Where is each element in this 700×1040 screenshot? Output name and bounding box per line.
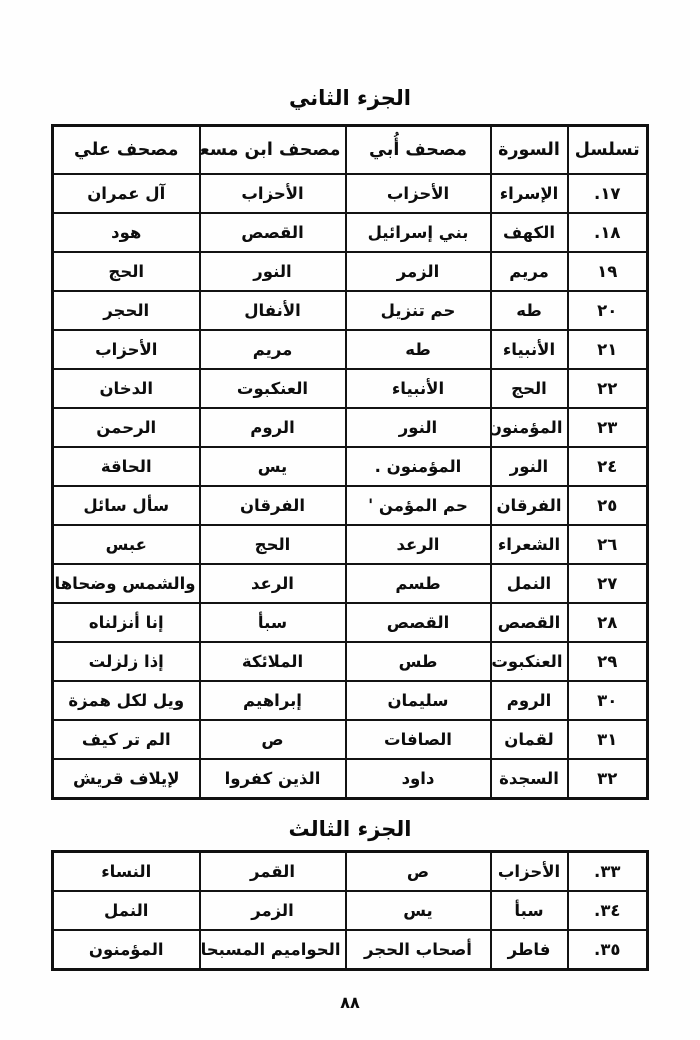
cell-ali: الحجر xyxy=(53,291,200,330)
cell-ubayy: داود xyxy=(346,759,491,799)
cell-serial: ١٩ xyxy=(568,252,648,291)
cell-ali: النساء xyxy=(53,852,200,892)
cell-surah: الأنبياء xyxy=(491,330,568,369)
scanned-document-page: الجزء الثاني تسلسل السورة مصحف أُبي مصحف… xyxy=(0,0,700,1040)
cell-surah: العنكبوت xyxy=(491,642,568,681)
table-row: ٣٠الرومسليمانإبراهيمويل لكل همزة xyxy=(53,681,648,720)
cell-masud: القمر xyxy=(200,852,346,892)
cell-surah: القصص xyxy=(491,603,568,642)
cell-serial: ٢٩ xyxy=(568,642,648,681)
header-mushaf-ali: مصحف علي xyxy=(53,126,200,175)
cell-masud: النور xyxy=(200,252,346,291)
cell-ubayy: الأنبياء xyxy=(346,369,491,408)
cell-masud: يس xyxy=(200,447,346,486)
cell-ali: الدخان xyxy=(53,369,200,408)
table-row: ٣٢السجدةداودالذين كفروالإيلاف قريش xyxy=(53,759,648,799)
cell-ali: ويل لكل همزة xyxy=(53,681,200,720)
cell-serial: ٢٦ xyxy=(568,525,648,564)
cell-surah: السجدة xyxy=(491,759,568,799)
part-two-title: الجزء الثاني xyxy=(0,0,700,110)
cell-ali: النمل xyxy=(53,891,200,930)
part-two-table-body: ١٧.الإسراءالأحزابالأحزابآل عمران١٨.الكهف… xyxy=(53,174,648,799)
cell-serial: ٣١ xyxy=(568,720,648,759)
cell-surah: لقمان xyxy=(491,720,568,759)
cell-serial: ١٧. xyxy=(568,174,648,213)
cell-surah: مريم xyxy=(491,252,568,291)
cell-serial: ٢٨ xyxy=(568,603,648,642)
table-row: ٢٦الشعراءالرعدالحجعبس xyxy=(53,525,648,564)
cell-ali: سأل سائل xyxy=(53,486,200,525)
cell-serial: ٣٥. xyxy=(568,930,648,970)
part-three-title: الجزء الثالث xyxy=(0,800,700,841)
table-row: ١٩مريمالزمرالنورالحج xyxy=(53,252,648,291)
cell-ubayy: يس xyxy=(346,891,491,930)
cell-masud: الحواميم المسبحات xyxy=(200,930,346,970)
cell-ali: الحاقة xyxy=(53,447,200,486)
cell-surah: الإسراء xyxy=(491,174,568,213)
cell-serial: ٢٤ xyxy=(568,447,648,486)
cell-masud: سبأ xyxy=(200,603,346,642)
page-number: ٨٨ xyxy=(0,993,700,1012)
cell-masud: الأحزاب xyxy=(200,174,346,213)
cell-serial: ٣٣. xyxy=(568,852,648,892)
cell-serial: ٣٤. xyxy=(568,891,648,930)
cell-ali: إنا أنزلناه xyxy=(53,603,200,642)
cell-ali: والشمس وضحاها xyxy=(53,564,200,603)
cell-masud: الحج xyxy=(200,525,346,564)
part-two-table: تسلسل السورة مصحف أُبي مصحف ابن مسعود مص… xyxy=(51,124,649,800)
cell-surah: المؤمنون xyxy=(491,408,568,447)
cell-surah: الشعراء xyxy=(491,525,568,564)
cell-ali: الحج xyxy=(53,252,200,291)
cell-ubayy: حم المؤمن ' xyxy=(346,486,491,525)
table-row: ٢١الأنبياءطهمريمالأحزاب xyxy=(53,330,648,369)
cell-masud: الذين كفروا xyxy=(200,759,346,799)
cell-serial: ١٨. xyxy=(568,213,648,252)
cell-masud: إبراهيم xyxy=(200,681,346,720)
table-row: ٣١لقمانالصافاتصالم تر كيف xyxy=(53,720,648,759)
cell-surah: فاطر xyxy=(491,930,568,970)
cell-masud: الرعد xyxy=(200,564,346,603)
cell-ubayy: الأحزاب xyxy=(346,174,491,213)
table-row: ١٧.الإسراءالأحزابالأحزابآل عمران xyxy=(53,174,648,213)
table-row: ٢٤النورالمؤمنون .يسالحاقة xyxy=(53,447,648,486)
cell-serial: ٣٢ xyxy=(568,759,648,799)
cell-ubayy: الصافات xyxy=(346,720,491,759)
cell-ubayy: حم تنزيل xyxy=(346,291,491,330)
table-row: ٣٣.الأحزابصالقمرالنساء xyxy=(53,852,648,892)
cell-ubayy: الزمر xyxy=(346,252,491,291)
part-three-table: ٣٣.الأحزابصالقمرالنساء٣٤.سبأيسالزمرالنمل… xyxy=(51,850,649,971)
cell-serial: ٢٧ xyxy=(568,564,648,603)
cell-surah: طه xyxy=(491,291,568,330)
table-row: ٢٨القصصالقصصسبأإنا أنزلناه xyxy=(53,603,648,642)
table-row: ١٨.الكهفبني إسرائيلالقصصهود xyxy=(53,213,648,252)
cell-masud: الملائكة xyxy=(200,642,346,681)
table-row: ٢٥الفرقانحم المؤمن 'الفرقانسأل سائل xyxy=(53,486,648,525)
cell-ubayy: بني إسرائيل xyxy=(346,213,491,252)
cell-serial: ٢١ xyxy=(568,330,648,369)
cell-surah: سبأ xyxy=(491,891,568,930)
cell-surah: الفرقان xyxy=(491,486,568,525)
header-row: تسلسل السورة مصحف أُبي مصحف ابن مسعود مص… xyxy=(53,126,648,175)
cell-serial: ٢٣ xyxy=(568,408,648,447)
cell-ali: الأحزاب xyxy=(53,330,200,369)
cell-ali: هود xyxy=(53,213,200,252)
cell-ubayy: طس xyxy=(346,642,491,681)
header-serial: تسلسل xyxy=(568,126,648,175)
cell-surah: النور xyxy=(491,447,568,486)
cell-ubayy: المؤمنون . xyxy=(346,447,491,486)
cell-surah: الحج xyxy=(491,369,568,408)
cell-surah: الأحزاب xyxy=(491,852,568,892)
cell-masud: مريم xyxy=(200,330,346,369)
cell-masud: ص xyxy=(200,720,346,759)
cell-surah: الروم xyxy=(491,681,568,720)
table-row: ٣٥.فاطرأصحاب الحجرالحواميم المسبحاتالمؤم… xyxy=(53,930,648,970)
cell-masud: العنكبوت xyxy=(200,369,346,408)
header-surah: السورة xyxy=(491,126,568,175)
cell-ali: المؤمنون xyxy=(53,930,200,970)
cell-ali: لإيلاف قريش xyxy=(53,759,200,799)
table-row: ٢٩العنكبوتطسالملائكةإذا زلزلت xyxy=(53,642,648,681)
cell-surah: الكهف xyxy=(491,213,568,252)
table-row: ٣٤.سبأيسالزمرالنمل xyxy=(53,891,648,930)
cell-serial: ٢٠ xyxy=(568,291,648,330)
part-three-table-body: ٣٣.الأحزابصالقمرالنساء٣٤.سبأيسالزمرالنمل… xyxy=(53,852,648,970)
cell-ubayy: سليمان xyxy=(346,681,491,720)
table-row: ٢٢الحجالأنبياءالعنكبوتالدخان xyxy=(53,369,648,408)
table-row: ٢٧النملطسمالرعدوالشمس وضحاها xyxy=(53,564,648,603)
table-row: ٢٠طهحم تنزيلالأنفالالحجر xyxy=(53,291,648,330)
cell-ubayy: النور xyxy=(346,408,491,447)
cell-masud: الزمر xyxy=(200,891,346,930)
cell-serial: ٢٥ xyxy=(568,486,648,525)
cell-ali: إذا زلزلت xyxy=(53,642,200,681)
cell-surah: النمل xyxy=(491,564,568,603)
cell-ali: عبس xyxy=(53,525,200,564)
cell-ubayy: طسم xyxy=(346,564,491,603)
cell-ali: آل عمران xyxy=(53,174,200,213)
cell-masud: الروم xyxy=(200,408,346,447)
cell-ubayy: ص xyxy=(346,852,491,892)
cell-ali: الرحمن xyxy=(53,408,200,447)
part-two-table-header: تسلسل السورة مصحف أُبي مصحف ابن مسعود مص… xyxy=(53,126,648,175)
header-mushaf-ibn-masud: مصحف ابن مسعود xyxy=(200,126,346,175)
cell-ali: الم تر كيف xyxy=(53,720,200,759)
cell-masud: القصص xyxy=(200,213,346,252)
cell-masud: الفرقان xyxy=(200,486,346,525)
cell-ubayy: القصص xyxy=(346,603,491,642)
table-row: ٢٣المؤمنونالنورالرومالرحمن xyxy=(53,408,648,447)
cell-serial: ٢٢ xyxy=(568,369,648,408)
cell-serial: ٣٠ xyxy=(568,681,648,720)
cell-ubayy: أصحاب الحجر xyxy=(346,930,491,970)
cell-ubayy: الرعد xyxy=(346,525,491,564)
cell-ubayy: طه xyxy=(346,330,491,369)
cell-masud: الأنفال xyxy=(200,291,346,330)
header-mushaf-ubayy: مصحف أُبي xyxy=(346,126,491,175)
